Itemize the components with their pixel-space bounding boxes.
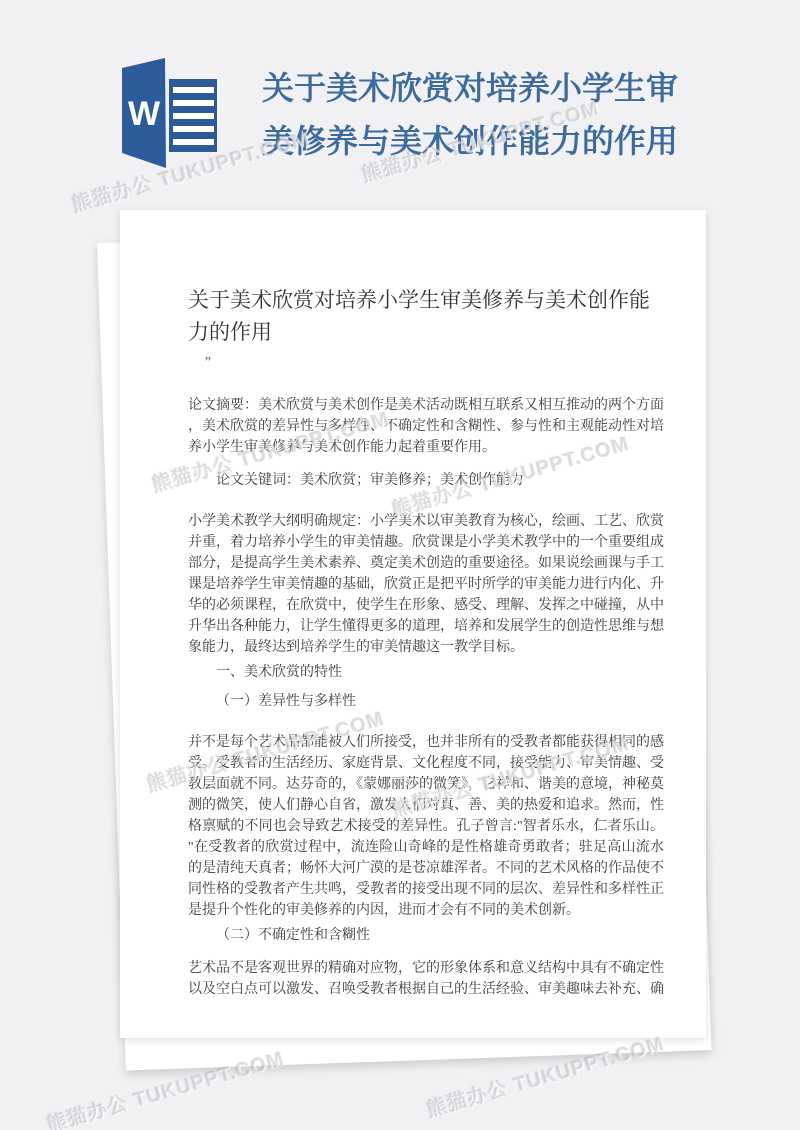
document-page-front: 关于美术欣赏对培养小学生审美修养与美术创作能力的作用 ”论文摘要：美术欣赏与美术… (120, 210, 706, 1038)
word-icon-graphic: W (115, 57, 217, 169)
doc-paragraph: 论文摘要：美术欣赏与美术创作是美术活动既相互联系又相互推动的两个方面，美术欣赏的… (188, 395, 664, 458)
doc-paragraph: 小学美术教学大纲明确规定：小学美术以审美教育为核心，绘画、工艺、欣赏并重，着力培… (188, 511, 664, 658)
page-title: 关于美术欣赏对培养小学生审美修养与美术创作能力的作用 (262, 62, 702, 168)
page-background: { "header": { "icon_label": "W", "title"… (0, 0, 800, 1130)
doc-paragraph: 并不是每个艺术品都能被人们所接受，也并非所有的受教者都能获得相同的感受。受教者的… (188, 732, 664, 921)
word-icon: W (115, 57, 217, 169)
quote-mark: ” (188, 352, 664, 373)
doc-heading: （二）不确定性和含糊性 (188, 925, 664, 946)
doc-paragraph: 艺术品不是客观世界的精确对应物，它的形象体系和意义结构中具有不确定性以及空白点可… (188, 958, 664, 1000)
doc-heading: 一、美术欣赏的特性 (188, 662, 664, 683)
word-icon-letter: W (128, 95, 161, 133)
doc-paragraph: 论文关键词：美术欣赏；审美修养；美术创作能力 (188, 470, 664, 491)
document-body: ”论文摘要：美术欣赏与美术创作是美术活动既相互联系又相互推动的两个方面，美术欣赏… (188, 352, 664, 1000)
doc-heading: （一）差异性与多样性 (188, 691, 664, 712)
document-title: 关于美术欣赏对培养小学生审美修养与美术创作能力的作用 (188, 284, 664, 348)
